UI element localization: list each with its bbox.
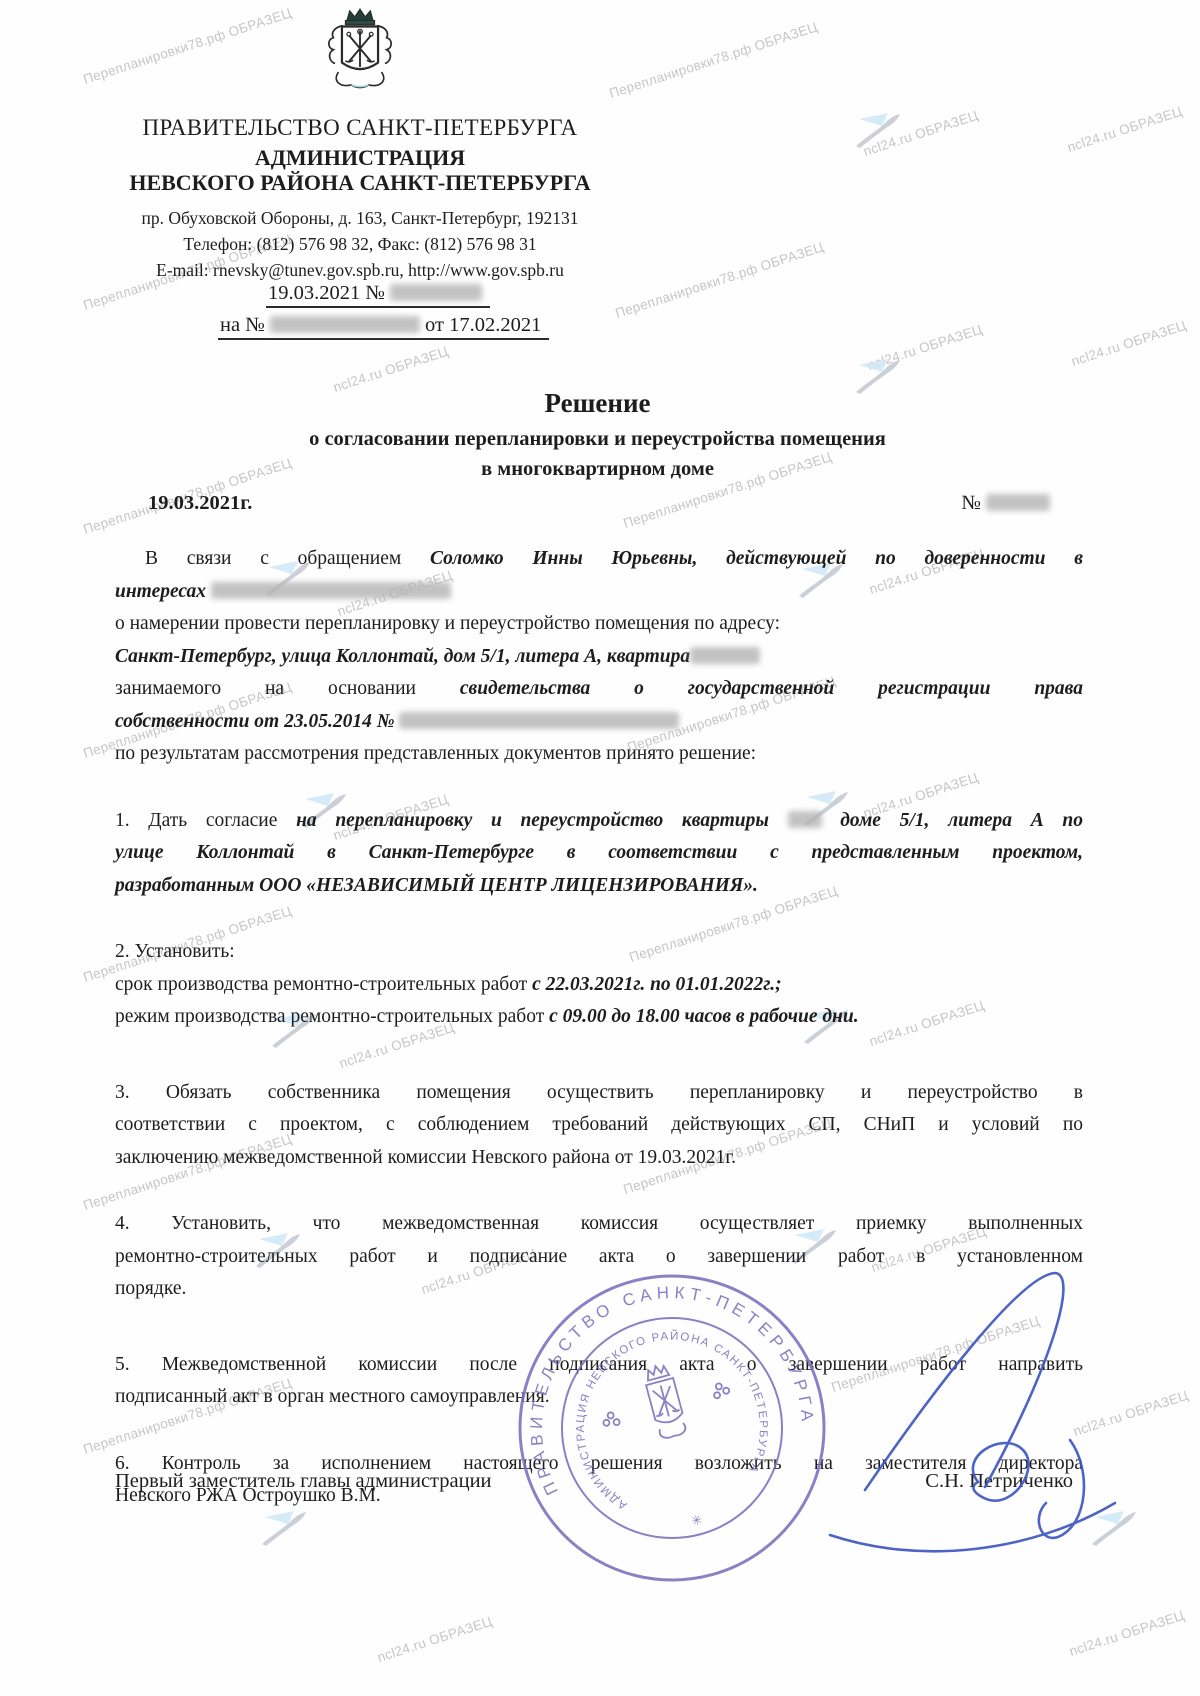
text-segment: на перепланировку и переустройство кварт… xyxy=(296,810,788,831)
handwritten-signature xyxy=(770,1235,1170,1565)
text-line: заключению межведомственной комиссии Нев… xyxy=(115,1142,1083,1175)
bird-watermark-icon xyxy=(852,106,906,150)
text-segment: собственности от 23.05.2014 № xyxy=(115,711,399,732)
text-line: соответствии с проектом, с соблюдением т… xyxy=(115,1109,1083,1142)
paragraph: 2. Установить:срок производства ремонтно… xyxy=(115,936,1083,1034)
text-segment: с 22.03.2021г. по 01.01.2022г.; xyxy=(532,974,782,995)
text-line: о намерении провести перепланировку и пе… xyxy=(115,608,1083,641)
text-segment: В связи с обращением xyxy=(145,548,430,569)
paragraph: 3. Обязать собственника помещения осущес… xyxy=(115,1077,1083,1175)
text-segment: заключению межведомственной комиссии Нев… xyxy=(115,1147,736,1168)
letterhead-contacts: пр. Обуховской Обороны, д. 163, Санкт-Пе… xyxy=(100,205,620,283)
redaction xyxy=(399,712,679,729)
text-line: разработанным ООО «НЕЗАВИСИМЫЙ ЦЕНТР ЛИЦ… xyxy=(115,870,1083,903)
text-line: по результатам рассмотрения представленн… xyxy=(115,738,1083,771)
stamp-bottom-mark: ✳ xyxy=(690,1512,705,1529)
incoming-ref-line: на № от 17.02.2021 xyxy=(218,314,549,340)
watermark-text: ncl24.ru ОБРАЗЕЦ xyxy=(1067,1608,1186,1659)
document-subtitle: о согласовании перепланировки и переустр… xyxy=(105,424,1090,484)
government-name: ПРАВИТЕЛЬСТВО САНКТ-ПЕТЕРБУРГА xyxy=(100,115,620,141)
text-segment: доме 5/1, литера А по xyxy=(822,810,1083,831)
text-line: 2. Установить: xyxy=(115,936,1083,969)
text-segment: 1. Дать согласие xyxy=(115,810,296,831)
text-line: 1. Дать согласие на перепланировку и пер… xyxy=(115,805,1083,838)
document-title: Решение xyxy=(105,388,1090,419)
text-line: срок производства ремонтно-строительных … xyxy=(115,969,1083,1002)
text-segment: Санкт-Петербург, улица Коллонтай, дом 5/… xyxy=(115,646,690,667)
watermark-text: Перепланировки78.рф ОБРАЗЕЦ xyxy=(607,19,819,101)
text-line: собственности от 23.05.2014 № xyxy=(115,706,1083,739)
subtitle-line2: в многоквартирном доме xyxy=(105,454,1090,484)
letterhead-email: E-mail: rnevsky@tunev.gov.spb.ru, http:/… xyxy=(100,257,620,283)
spb-coat-of-arms-icon xyxy=(317,6,403,102)
text-segment: о намерении провести перепланировку и пе… xyxy=(115,613,780,634)
incoming-ref-date: от 17.02.2021 xyxy=(425,314,541,336)
letterhead: ПРАВИТЕЛЬСТВО САНКТ-ПЕТЕРБУРГА АДМИНИСТР… xyxy=(100,6,620,283)
watermark-text: ncl24.ru ОБРАЗЕЦ xyxy=(865,322,984,373)
text-line: улице Коллонтай в Санкт-Петербурге в соо… xyxy=(115,837,1083,870)
letterhead-address: пр. Обуховской Обороны, д. 163, Санкт-Пе… xyxy=(100,205,620,231)
redaction xyxy=(788,811,822,828)
decision-number: № xyxy=(961,492,1050,515)
redacted-outgoing-number xyxy=(390,284,482,301)
reference-numbers: 19.03.2021 № на № от 17.02.2021 xyxy=(218,282,549,340)
outgoing-ref: 19.03.2021 № xyxy=(268,282,385,304)
watermark-text: ncl24.ru ОБРАЗЕЦ xyxy=(861,108,980,159)
redacted-incoming-number xyxy=(270,316,420,333)
text-segment: свидетельства о государственной регистра… xyxy=(460,678,1083,699)
text-segment: разработанным ООО «НЕЗАВИСИМЫЙ ЦЕНТР ЛИЦ… xyxy=(115,875,758,896)
text-segment: улице Коллонтай в Санкт-Петербурге в соо… xyxy=(115,842,1083,863)
number-sign: № xyxy=(961,492,981,514)
paragraph: 1. Дать согласие на перепланировку и пер… xyxy=(115,805,1083,903)
incoming-ref-prefix: на № xyxy=(220,314,265,336)
signer-position: Первый заместитель главы администрации xyxy=(115,1470,492,1493)
text-segment: срок производства ремонтно-строительных … xyxy=(115,974,532,995)
text-segment: 3. Обязать собственника помещения осущес… xyxy=(115,1082,1083,1103)
text-line: режим производства ремонтно-строительных… xyxy=(115,1001,1083,1034)
redaction xyxy=(690,647,760,664)
letterhead-phone: Телефон: (812) 576 98 32, Факс: (812) 57… xyxy=(100,231,620,257)
text-segment: Соломко Инны Юрьевны, действующей по дов… xyxy=(430,548,1083,569)
redaction xyxy=(211,582,451,599)
text-line: 3. Обязать собственника помещения осущес… xyxy=(115,1077,1083,1110)
text-segment: занимаемого на основании xyxy=(115,678,460,699)
redacted-decision-number xyxy=(986,494,1050,511)
watermark-text: Перепланировки78.рф ОБРАЗЕЦ xyxy=(613,239,825,321)
document-title-block: Решение о согласовании перепланировки и … xyxy=(105,388,1090,484)
text-segment: интересах xyxy=(115,581,211,602)
decision-date: 19.03.2021г. xyxy=(148,492,252,515)
text-line: Санкт-Петербург, улица Коллонтай, дом 5/… xyxy=(115,641,1083,674)
text-segment: порядке. xyxy=(115,1278,186,1299)
outgoing-ref-line: 19.03.2021 № xyxy=(266,282,490,308)
subtitle-line1: о согласовании перепланировки и переустр… xyxy=(105,424,1090,454)
text-segment: соответствии с проектом, с соблюдением т… xyxy=(115,1114,1083,1135)
text-segment: 4. Установить, что межведомственная коми… xyxy=(115,1213,1083,1234)
watermark-text: ncl24.ru ОБРАЗЕЦ xyxy=(1069,318,1188,369)
text-line: занимаемого на основании свидетельства о… xyxy=(115,673,1083,706)
text-segment: 2. Установить: xyxy=(115,941,235,962)
text-line: В связи с обращением Соломко Инны Юрьевн… xyxy=(115,543,1083,576)
text-segment: режим производства ремонтно-строительных… xyxy=(115,1006,549,1027)
dateline: 19.03.2021г. № xyxy=(148,492,1050,515)
text-segment: подписанный акт в орган местного самоупр… xyxy=(115,1386,550,1407)
text-segment: по результатам рассмотрения представленн… xyxy=(115,743,756,764)
watermark-text: ncl24.ru ОБРАЗЕЦ xyxy=(1065,104,1184,155)
paragraph: В связи с обращением Соломко Инны Юрьевн… xyxy=(115,543,1083,771)
watermark-text: ncl24.ru ОБРАЗЕЦ xyxy=(375,1614,494,1665)
organization-name-line2: НЕВСКОГО РАЙОНА САНКТ-ПЕТЕРБУРГА xyxy=(100,168,620,197)
text-line: интересах xyxy=(115,576,1083,609)
text-segment: с 09.00 до 18.00 часов в рабочие дни. xyxy=(549,1006,858,1027)
scanned-document-page: Перепланировки78.рф ОБРАЗЕЦПерепланировк… xyxy=(0,0,1200,1696)
